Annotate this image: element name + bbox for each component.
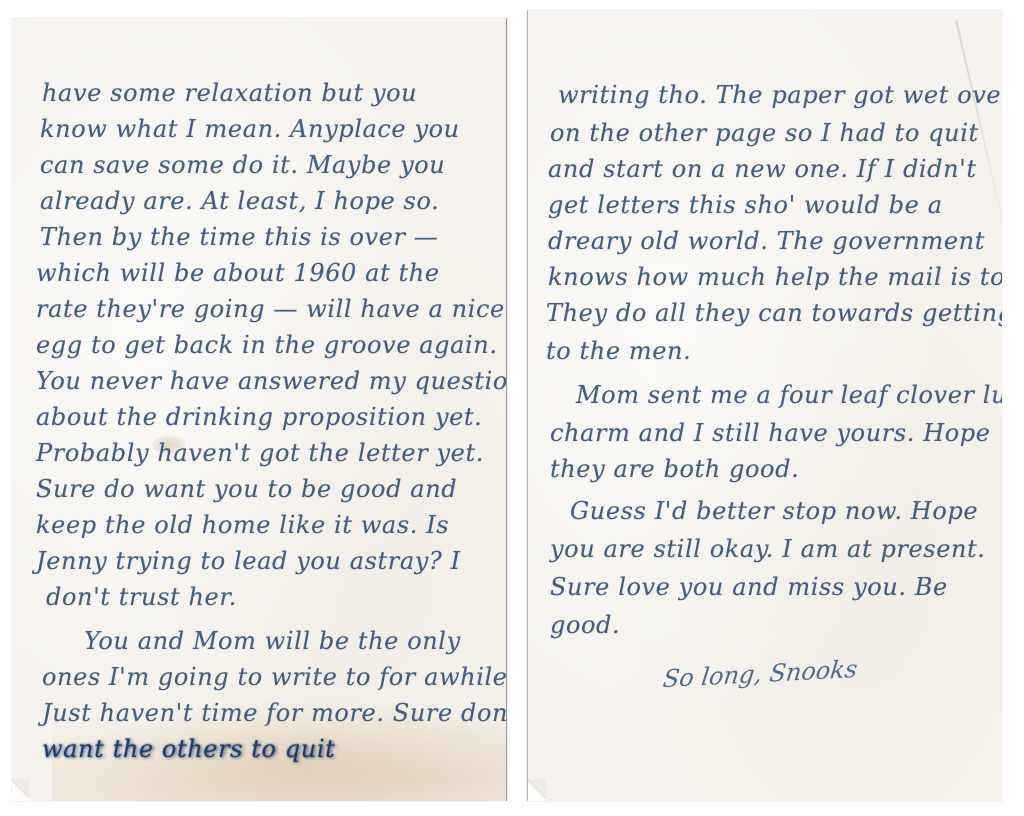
letter-line: can save some do it. Maybe you xyxy=(40,150,445,180)
letter-scan: have some relaxation but you know what I… xyxy=(0,0,1024,816)
letter-line: want the others to quit xyxy=(42,734,335,764)
letter-line: know what I mean. Anyplace you xyxy=(40,114,460,144)
letter-page-left: have some relaxation but you know what I… xyxy=(12,18,507,801)
letter-line: Jenny trying to lead you astray? I xyxy=(36,546,461,576)
folded-corner xyxy=(12,779,30,801)
letter-line: on the other page so I had to quit xyxy=(550,118,979,148)
letter-line: keep the old home like it was. Is xyxy=(36,510,449,540)
letter-line: egg to get back in the groove again. xyxy=(36,330,498,360)
letter-line: Sure love you and miss you. Be xyxy=(550,572,948,602)
letter-line: have some relaxation but you xyxy=(42,78,417,108)
letter-line: Probably haven't got the letter yet. xyxy=(36,438,484,468)
letter-line: You never have answered my question xyxy=(36,366,507,396)
letter-line: which will be about 1960 at the xyxy=(36,258,440,288)
folded-corner xyxy=(528,779,546,801)
letter-line: dreary old world. The government xyxy=(548,226,985,256)
letter-line: Just haven't time for more. Sure don't xyxy=(42,698,507,728)
letter-line: about the drinking proposition yet. xyxy=(36,402,482,432)
letter-line: ones I'm going to write to for awhile. xyxy=(42,662,507,692)
letter-line: and start on a new one. If I didn't xyxy=(548,154,977,184)
letter-line: knows how much help the mail is too. xyxy=(548,262,1002,292)
letter-line: rate they're going — will have a nice xyxy=(36,294,505,324)
letter-line: Guess I'd better stop now. Hope xyxy=(570,496,978,526)
letter-line: already are. At least, I hope so. xyxy=(40,186,439,216)
letter-line: don't trust her. xyxy=(46,582,237,612)
letter-line: They do all they can towards getting it xyxy=(546,298,1002,328)
letter-line: good. xyxy=(550,610,620,640)
letter-line: Mom sent me a four leaf clover luck xyxy=(576,380,1002,410)
letter-line: charm and I still have yours. Hope xyxy=(550,418,991,448)
letter-page-right: writing tho. The paper got wet over on t… xyxy=(527,10,1002,801)
letter-line: you are still okay. I am at present. xyxy=(550,534,986,564)
letter-line: to the men. xyxy=(546,336,691,366)
letter-line: get letters this sho' would be a xyxy=(548,190,943,220)
signature: So long, Snooks xyxy=(661,655,859,693)
letter-line: they are both good. xyxy=(550,454,799,484)
letter-line: Then by the time this is over — xyxy=(40,222,438,252)
letter-line: writing tho. The paper got wet over xyxy=(558,80,1002,110)
letter-line: You and Mom will be the only xyxy=(84,626,461,656)
letter-line: Sure do want you to be good and xyxy=(36,474,457,504)
